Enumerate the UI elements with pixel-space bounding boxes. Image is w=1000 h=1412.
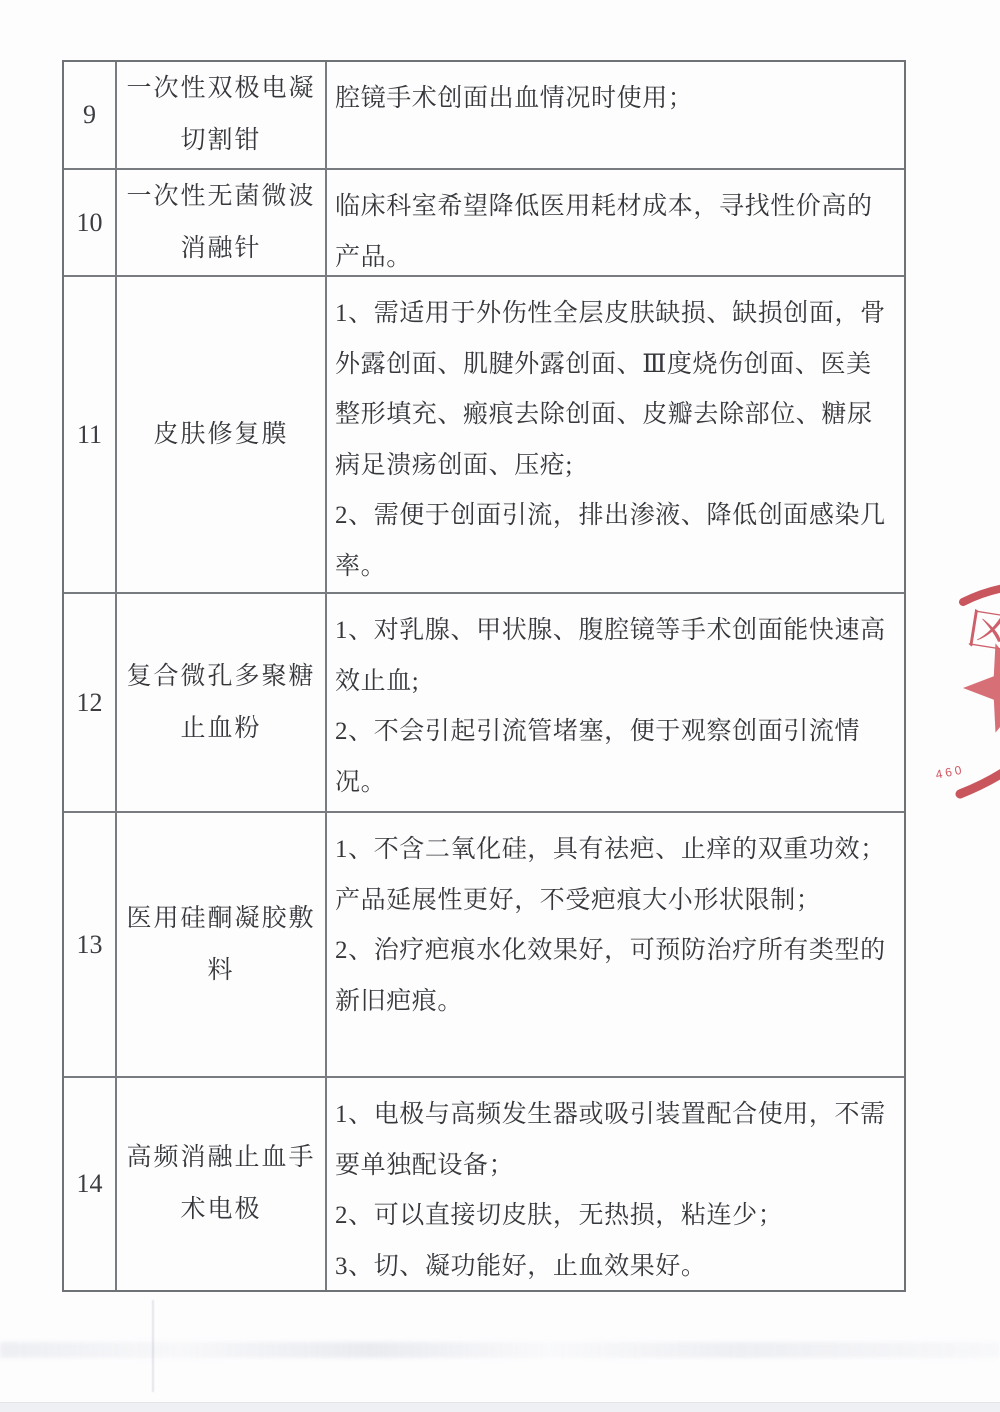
requirement-description-cell: 临床科室希望降低医用耗材成本，寻找性价高的产品。 bbox=[327, 170, 904, 275]
row-number: 13 bbox=[64, 813, 117, 1076]
requirement-description-line: 3、切、凝功能好，止血效果好。 bbox=[335, 1242, 900, 1291]
product-name-cell: 一次性无菌微波消融针 bbox=[117, 170, 327, 275]
product-name-line: 消融针 bbox=[180, 223, 261, 275]
table-row: 14高频消融止血手术电极1、电极与高频发生器或吸引装置配合使用，不需要单独配设备… bbox=[64, 1078, 904, 1290]
requirement-description-line: 产品。 bbox=[335, 233, 900, 276]
requirement-description-cell: 1、需适用于外伤性全层皮肤缺损、缺损创面，骨外露创面、肌腱外露创面、Ⅲ度烧伤创面… bbox=[327, 277, 904, 592]
requirement-description-line: 2、治疗疤痕水化效果好，可预防治疗所有类型的 bbox=[335, 926, 900, 977]
requirement-description-line: 新旧疤痕。 bbox=[335, 977, 900, 1028]
scanned-document-page: 9一次性双极电凝切割钳腔镜手术创面出血情况时使用；10一次性无菌微波消融针临床科… bbox=[0, 0, 1000, 1412]
requirement-description-line: 要单独配设备； bbox=[335, 1141, 900, 1192]
requirement-description-line: 2、需便于创面引流，排出渗液、降低创面感染几 bbox=[335, 491, 900, 542]
row-number: 10 bbox=[64, 170, 117, 275]
product-name-cell: 复合微孔多聚糖止血粉 bbox=[117, 594, 327, 811]
seal-ring-bottom-arc bbox=[960, 768, 1000, 794]
requirement-description-cell: 1、对乳腺、甲状腺、腹腔镜等手术创面能快速高效止血;2、不会引起引流管堵塞，便于… bbox=[327, 594, 904, 811]
product-name-line: 切割钳 bbox=[180, 115, 261, 167]
table-row: 11皮肤修复膜1、需适用于外伤性全层皮肤缺损、缺损创面，骨外露创面、肌腱外露创面… bbox=[64, 277, 904, 594]
row-number: 14 bbox=[64, 1078, 117, 1290]
product-name-cell: 一次性双极电凝切割钳 bbox=[117, 62, 327, 168]
official-seal-stamp: 区 460 bbox=[920, 572, 1000, 807]
requirement-description-line: 腔镜手术创面出血情况时使用； bbox=[335, 74, 900, 125]
product-name-line: 一次性无菌微波 bbox=[126, 171, 315, 223]
requirement-description-cell: 1、电极与高频发生器或吸引装置配合使用，不需要单独配设备；2、可以直接切皮肤，无… bbox=[327, 1078, 904, 1290]
requirement-description-line: 2、可以直接切皮肤，无热损，粘连少； bbox=[335, 1191, 900, 1242]
product-name-line: 一次性双极电凝 bbox=[126, 63, 315, 115]
row-number: 12 bbox=[64, 594, 117, 811]
requirement-description-line: 1、对乳腺、甲状腺、腹腔镜等手术创面能快速高 bbox=[335, 606, 900, 657]
seal-text-character: 区 bbox=[964, 604, 1000, 659]
product-name-line: 复合微孔多聚糖 bbox=[126, 651, 315, 703]
product-name-line: 止血粉 bbox=[180, 703, 261, 755]
product-name-line: 皮肤修复膜 bbox=[153, 409, 288, 461]
table-row: 13医用硅酮凝胶敷料1、不含二氧化硅，具有祛疤、止痒的双重功效；产品延展性更好，… bbox=[64, 813, 904, 1078]
requirement-description-line: 1、电极与高频发生器或吸引装置配合使用，不需 bbox=[335, 1090, 900, 1141]
product-requirements-table: 9一次性双极电凝切割钳腔镜手术创面出血情况时使用；10一次性无菌微波消融针临床科… bbox=[62, 60, 906, 1292]
scan-noise-band bbox=[0, 1342, 1000, 1358]
requirement-description-line: 外露创面、肌腱外露创面、Ⅲ度烧伤创面、医美 bbox=[335, 340, 900, 391]
product-name-line: 术电极 bbox=[180, 1184, 261, 1236]
table-row: 10一次性无菌微波消融针临床科室希望降低医用耗材成本，寻找性价高的产品。 bbox=[64, 170, 904, 277]
requirement-description-line: 2、不会引起引流管堵塞，便于观察创面引流情 bbox=[335, 707, 900, 758]
scan-bottom-edge bbox=[0, 1402, 1000, 1412]
requirement-description-line: 产品延展性更好，不受疤痕大小形状限制； bbox=[335, 876, 900, 927]
requirement-description-line: 整形填充、瘢痕去除创面、皮瓣去除部位、糖尿 bbox=[335, 390, 900, 441]
product-name-cell: 医用硅酮凝胶敷料 bbox=[117, 813, 327, 1076]
row-number: 11 bbox=[64, 277, 117, 592]
product-name-cell: 高频消融止血手术电极 bbox=[117, 1078, 327, 1290]
requirement-description-line: 临床科室希望降低医用耗材成本，寻找性价高的 bbox=[335, 182, 900, 233]
requirement-description-line: 1、需适用于外伤性全层皮肤缺损、缺损创面，骨 bbox=[335, 289, 900, 340]
product-name-cell: 皮肤修复膜 bbox=[117, 277, 327, 592]
table-row: 12复合微孔多聚糖止血粉1、对乳腺、甲状腺、腹腔镜等手术创面能快速高效止血;2、… bbox=[64, 594, 904, 813]
product-name-line: 医用硅酮凝胶敷 bbox=[126, 893, 315, 945]
table-row: 9一次性双极电凝切割钳腔镜手术创面出血情况时使用； bbox=[64, 62, 904, 170]
requirement-description-line: 1、不含二氧化硅，具有祛疤、止痒的双重功效； bbox=[335, 825, 900, 876]
requirement-description-cell: 腔镜手术创面出血情况时使用； bbox=[327, 62, 904, 168]
scan-noise-line bbox=[152, 1300, 154, 1392]
product-name-line: 料 bbox=[207, 945, 234, 997]
requirement-description-line: 率。 bbox=[335, 542, 900, 593]
requirement-description-line: 病足溃疡创面、压疮; bbox=[335, 441, 900, 492]
requirement-description-cell: 1、不含二氧化硅，具有祛疤、止痒的双重功效；产品延展性更好，不受疤痕大小形状限制… bbox=[327, 813, 904, 1076]
product-name-line: 高频消融止血手 bbox=[126, 1132, 315, 1184]
requirement-description-line: 况。 bbox=[335, 758, 900, 809]
seal-serial-number: 460 bbox=[934, 762, 965, 781]
seal-ring-top-arc bbox=[963, 588, 1000, 602]
row-number: 9 bbox=[64, 62, 117, 168]
requirement-description-line: 效止血; bbox=[335, 657, 900, 708]
